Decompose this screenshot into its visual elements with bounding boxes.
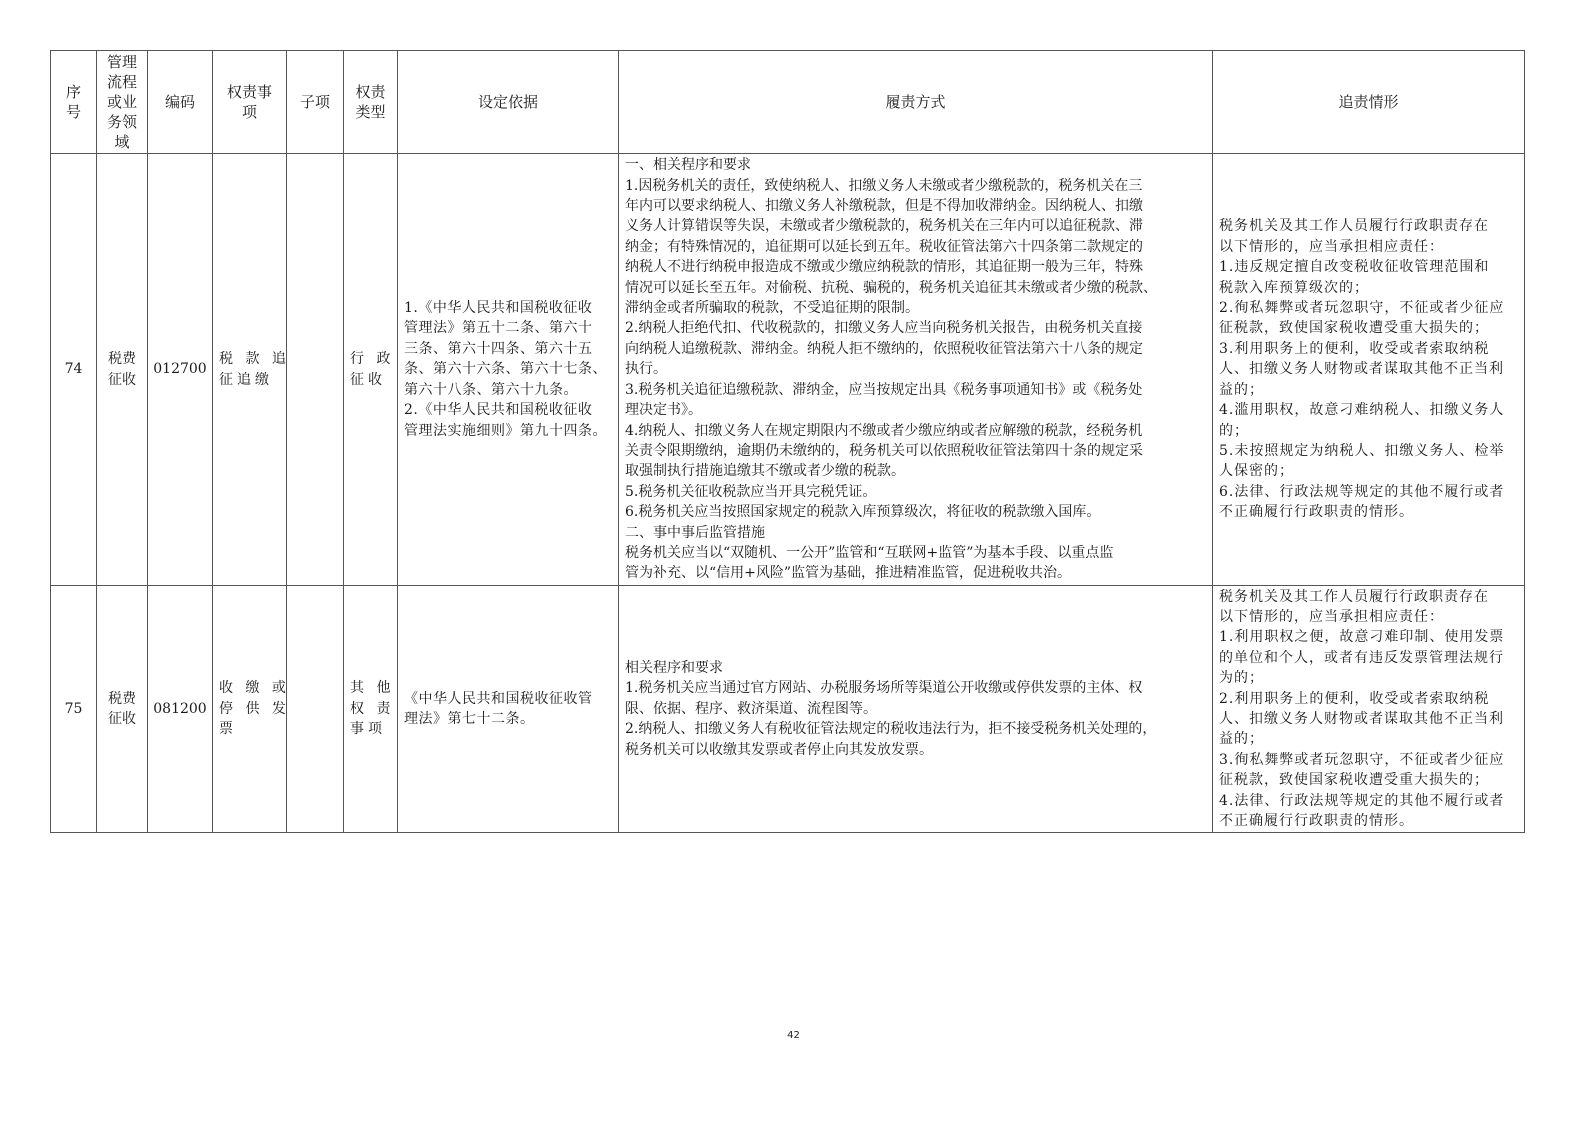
text-line: 其 他 [350,678,391,698]
text-line: 1.《中华人民共和国税收征收 [404,298,612,318]
text-line: 3.徇私舞弊或者玩忽职守，不征或者少征应 [1219,750,1518,770]
cell-duty: 一、相关程序和要求1.因税务机关的责任，致使纳税人、扣缴义务人未缴或者少缴税款的… [619,154,1213,586]
text-line: 税务机关可以收缴其发票或者停止向其发放发票。 [625,740,1206,760]
text-line: 以下情形的，应当承担相应责任： [1219,607,1518,627]
text-line: 1.利用职权之便，故意刁难印制、使用发票 [1219,627,1518,647]
text-line: 第六十八条、第六十九条。 [404,380,612,400]
text-line: 情况可以延长至五年。对偷税、抗税、骗税的，税务机关追征其未缴或者少缴的税款、 [625,278,1206,298]
text-line: 1.违反规定擅自改变税收征收管理范围和 [1219,257,1518,277]
text-line: 3.税务机关追征追缴税款、滞纳金，应当按规定出具《税务事项通知书》或《税务处 [625,380,1206,400]
text-line: 益的； [1219,380,1518,400]
cell-sub [287,586,344,833]
text-line: 税费 [97,349,147,369]
text-line: 益的； [1219,729,1518,749]
cell-sub [287,154,344,586]
text-line: 号 [51,102,96,122]
header-code: 编码 [148,51,213,154]
text-line: 征追缴 [219,370,280,390]
cell-domain: 税费征收 [97,586,148,833]
text-line: 4.滥用职权，故意刁难纳税人、扣缴义务人 [1219,400,1518,420]
text-line: 人、扣缴义务人财物或者谋取其他不正当利 [1219,709,1518,729]
text-line: 人保密的； [1219,461,1518,481]
header-domain: 管理流程或业务领域 [97,51,148,154]
table-row-74: 74 税费征收 012700 税 款 追征追缴 行 政征收 1.《中华人民共和国… [51,154,1525,586]
accountability-table: 序号 管理流程或业务领域 编码 权责事项 子项 权责类型 设定依据 履责方式 追… [50,50,1525,833]
text-line: 收 缴 或 [219,678,280,698]
text-line: 为的； [1219,668,1518,688]
text-line: 三条、第六十四条、第六十五 [404,339,612,359]
cell-item: 税 款 追征追缴 [213,154,287,586]
text-line: 子项 [287,92,343,112]
cell-basis: 《中华人民共和国税收征收管理法》第七十二条。 [398,586,619,833]
text-line: 6.法律、行政法规等规定的其他不履行或者 [1219,482,1518,502]
text-line: 或业 [97,92,147,112]
text-line: 税费 [97,689,147,709]
cell-basis: 1.《中华人民共和国税收征收管理法》第五十二条、第六十三条、第六十四条、第六十五… [398,154,619,586]
text-line: 条、第六十六条、第六十七条、 [404,359,612,379]
text-line: 6.税务机关应当按照国家规定的税款入库预算级次，将征收的税款缴入国库。 [625,502,1206,522]
text-line: 2.《中华人民共和国税收征收 [404,400,612,420]
header-seq: 序号 [51,51,97,154]
text-line: 税务机关及其工作人员履行行政职责存在 [1219,216,1518,236]
text-line: 管理法》第五十二条、第六十 [404,318,612,338]
text-line: 人、扣缴义务人财物或者谋取其他不正当利 [1219,359,1518,379]
text-line: 税 款 追 [219,349,280,369]
text-line: 滞纳金或者所骗取的税款，不受追征期的限制。 [625,298,1206,318]
text-line: 行 政 [350,349,391,369]
text-line: 税款入库预算级次的； [1219,278,1518,298]
text-line: 序 [51,82,96,102]
text-line: 权责 [344,82,397,102]
text-line: 权 责 [350,699,391,719]
table-row-75: 75 税费征收 081200 收 缴 或停 供 发票 其 他权 责事项 《中华人… [51,586,1525,833]
cell-seq: 74 [51,154,97,586]
text-line: 纳税人不进行纳税申报造成不缴或少缴应纳税款的情形，其追征期一般为三年，特殊 [625,257,1206,277]
cell-duty: 相关程序和要求1.税务机关应当通过官方网站、办税服务场所等渠道公开收缴或停供发票… [619,586,1213,833]
text-line: 4.法律、行政法规等规定的其他不履行或者 [1219,791,1518,811]
text-line: 征收 [350,370,391,390]
header-basis: 设定依据 [398,51,619,154]
text-line: 类型 [344,102,397,122]
cell-accountability: 税务机关及其工作人员履行行政职责存在以下情形的，应当承担相应责任：1.违反规定擅… [1213,154,1525,586]
text-line: 2.纳税人拒绝代扣、代收税款的，扣缴义务人应当向税务机关报告，由税务机关直接 [625,318,1206,338]
cell-accountability: 税务机关及其工作人员履行行政职责存在以下情形的，应当承担相应责任：1.利用职权之… [1213,586,1525,833]
text-line: 不正确履行行政职责的情形。 [1219,502,1518,522]
cell-type: 行 政征收 [344,154,398,586]
text-line: 4.纳税人、扣缴义务人在规定期限内不缴或者少缴应纳或者应解缴的税款，经税务机 [625,421,1206,441]
header-duty: 履责方式 [619,51,1213,154]
text-line: 2.利用职务上的便利，收受或者索取纳税 [1219,689,1518,709]
text-line: 一、相关程序和要求 [625,155,1206,175]
text-line: 5.未按照规定为纳税人、扣缴义务人、检举 [1219,441,1518,461]
text-line: 以下情形的，应当承担相应责任： [1219,237,1518,257]
text-line: 税务机关应当以“双随机、一公开”监管和“互联网+监管”为基本手段、以重点监 [625,543,1206,563]
text-line: 二、事中事后监管措施 [625,523,1206,543]
text-line: 权责事 [213,82,286,102]
header-accountability: 追责情形 [1213,51,1525,154]
text-line: 的单位和个人，或者有违反发票管理法规行 [1219,648,1518,668]
text-line: 管理法实施细则》第九十四条。 [404,421,612,441]
text-line: 理法》第七十二条。 [404,709,612,729]
text-line: 履责方式 [619,92,1212,112]
text-line: 2.纳税人、扣缴义务人有税收征管法规定的税收违法行为，拒不接受税务机关处理的， [625,719,1206,739]
text-line: 追责情形 [1213,92,1524,112]
text-line: 流程 [97,72,147,92]
text-line: 执行。 [625,359,1206,379]
text-line: 相关程序和要求 [625,658,1206,678]
text-line: 征税款，致使国家税收遭受重大损失的； [1219,770,1518,790]
text-line: 管为补充、以“信用+风险”监管为基础，推进精准监管，促进税收共治。 [625,563,1206,583]
text-line: 义务人计算错误等失误，未缴或者少缴税款的，税务机关在三年内可以追征税款、滞 [625,216,1206,236]
text-line: 1.税务机关应当通过官方网站、办税服务场所等渠道公开收缴或停供发票的主体、权 [625,678,1206,698]
cell-type: 其 他权 责事项 [344,586,398,833]
text-line: 设定依据 [398,92,618,112]
text-line: 《中华人民共和国税收征收管 [404,689,612,709]
cell-code: 081200 [148,586,213,833]
text-line: 票 [219,719,280,739]
header-item: 权责事项 [213,51,287,154]
text-line: 征收 [97,370,147,390]
cell-item: 收 缴 或停 供 发票 [213,586,287,833]
text-line: 纳金；有特殊情况的，追征期可以延长到五年。税收征管法第六十四条第二款规定的 [625,237,1206,257]
text-line: 关责令限期缴纳，逾期仍未缴纳的，税务机关可以依照税收征管法第四十条的规定采 [625,441,1206,461]
text-line: 3.利用职务上的便利，收受或者索取纳税 [1219,339,1518,359]
text-line: 务领 [97,112,147,132]
header-row: 序号 管理流程或业务领域 编码 权责事项 子项 权责类型 设定依据 履责方式 追… [51,51,1525,154]
text-line: 的； [1219,421,1518,441]
text-line: 1.因税务机关的责任，致使纳税人、扣缴义务人未缴或者少缴税款的，税务机关在三 [625,176,1206,196]
text-line: 限、依据、程序、救济渠道、流程图等。 [625,699,1206,719]
text-line: 域 [97,132,147,152]
text-line: 征收 [97,709,147,729]
text-line: 向纳税人追缴税款、滞纳金。纳税人拒不缴纳的，依照税收征管法第六十八条的规定 [625,339,1206,359]
header-type: 权责类型 [344,51,398,154]
text-line: 管理 [97,52,147,72]
text-line: 事项 [350,719,391,739]
cell-domain: 税费征收 [97,154,148,586]
text-line: 2.徇私舞弊或者玩忽职守，不征或者少征应 [1219,298,1518,318]
text-line: 税务机关及其工作人员履行行政职责存在 [1219,587,1518,607]
text-line: 停 供 发 [219,699,280,719]
text-line: 项 [213,102,286,122]
text-line: 年内可以要求纳税人、扣缴义务人补缴税款，但是不得加收滞纳金。因纳税人、扣缴 [625,196,1206,216]
text-line: 5.税务机关征收税款应当开具完税凭证。 [625,482,1206,502]
text-line: 取强制执行措施追缴其不缴或者少缴的税款。 [625,461,1206,481]
text-line: 理决定书》。 [625,400,1206,420]
cell-code: 012700 [148,154,213,586]
text-line: 征税款，致使国家税收遭受重大损失的； [1219,318,1518,338]
text-line: 不正确履行行政职责的情形。 [1219,811,1518,831]
header-sub: 子项 [287,51,344,154]
cell-seq: 75 [51,586,97,833]
page-number: 42 [0,1030,1587,1041]
text-line: 编码 [148,92,212,112]
